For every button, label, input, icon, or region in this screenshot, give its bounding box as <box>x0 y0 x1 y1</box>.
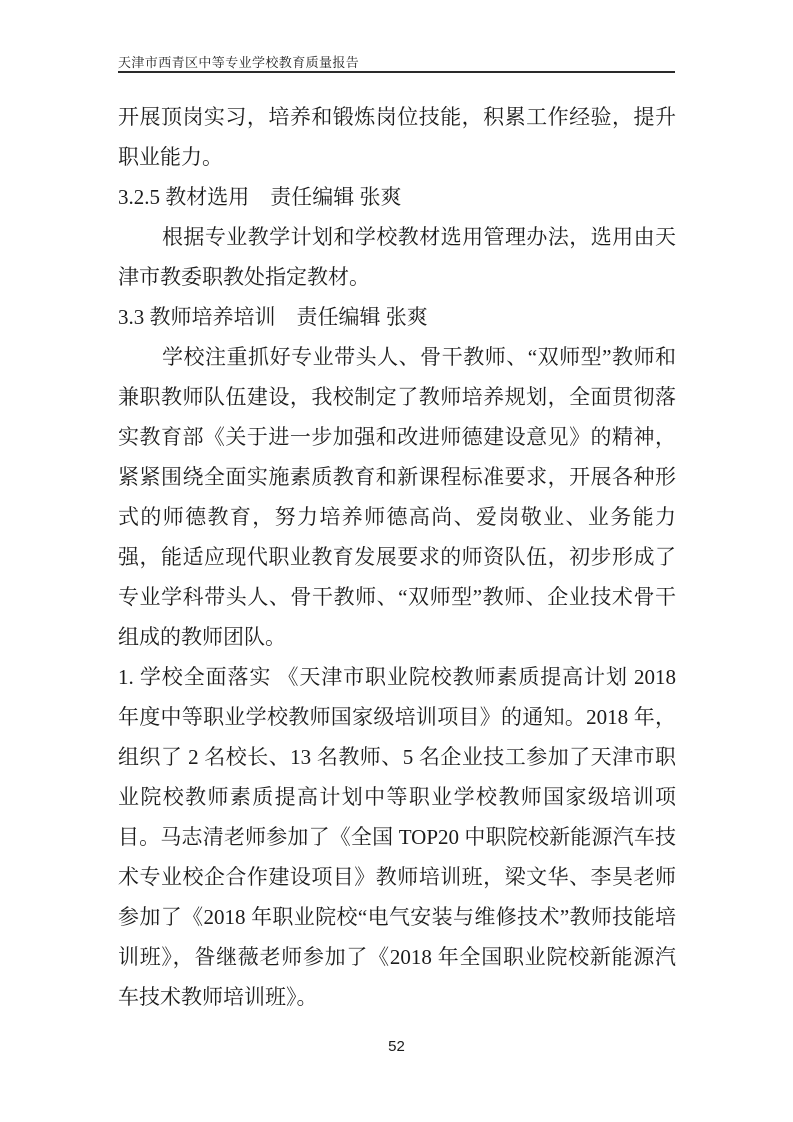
running-header-title: 天津市西青区中等专业学校教育质量报告 <box>118 52 359 71</box>
paragraph-internship-continuation: 开展顶岗实习，培养和锻炼岗位技能，积累工作经验，提升职业能力。 <box>118 97 676 177</box>
header-rule <box>118 71 675 73</box>
heading-3-3-teacher-training: 3.3 教师培养培训 责任编辑 张爽 <box>118 297 676 337</box>
paragraph-textbook-selection: 根据专业教学计划和学校教材选用管理办法，选用由天津市教委职教处指定教材。 <box>118 217 676 297</box>
document-page: 天津市西青区中等专业学校教育质量报告 开展顶岗实习，培养和锻炼岗位技能，积累工作… <box>0 0 793 1122</box>
list-item-1-national-training: 1. 学校全面落实 《天津市职业院校教师素质提高计划 2018 年度中等职业学校… <box>118 657 676 1017</box>
paragraph-teacher-team-building: 学校注重抓好专业带头人、骨干教师、“双师型”教师和兼职教师队伍建设，我校制定了教… <box>118 337 676 657</box>
page-body: 开展顶岗实习，培养和锻炼岗位技能，积累工作经验，提升职业能力。 3.2.5 教材… <box>118 97 676 1017</box>
page-number: 52 <box>0 1038 793 1055</box>
heading-3-2-5-textbook-selection: 3.2.5 教材选用 责任编辑 张爽 <box>118 177 676 217</box>
